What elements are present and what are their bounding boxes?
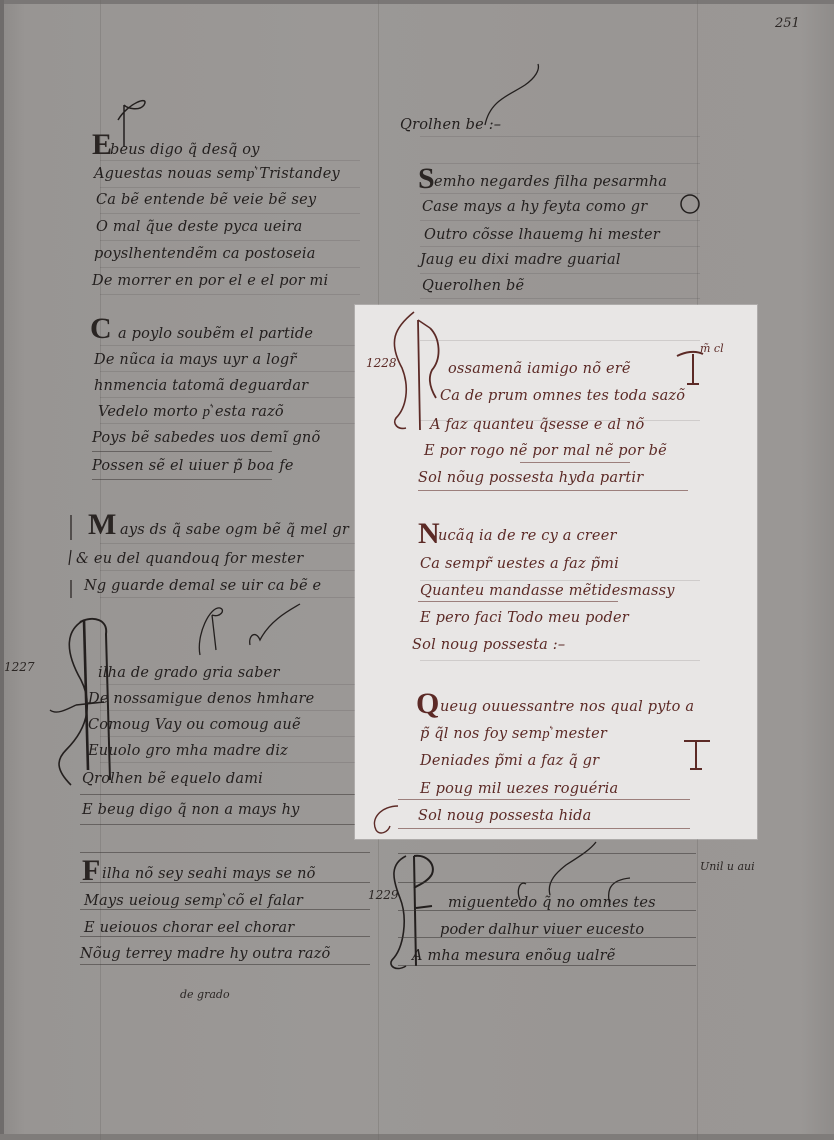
ascender-flourish-icon (190, 600, 310, 660)
verse-line: E ueiouos chorar eel chorar (84, 920, 294, 936)
ruled-line (420, 340, 700, 341)
margin-note: Unil u aui (700, 860, 755, 873)
verse-line: Qrolhen be :– (400, 117, 501, 133)
ruled-line (398, 965, 696, 966)
flourish-swash-icon (368, 802, 408, 838)
ruled-line (420, 136, 700, 137)
verse-line: ilha nõ sey seahi mays se nõ (102, 866, 316, 882)
paragraph-mark-icon (676, 190, 706, 220)
initial-letter: N (418, 519, 440, 549)
ruled-line (80, 852, 370, 853)
ruled-line (398, 882, 696, 883)
ruled-line (100, 710, 360, 711)
verse-line: a poylo soubẽm el partide (118, 326, 313, 342)
ruled-line (398, 853, 696, 854)
initial-letter: S (418, 164, 435, 194)
verse-line: Vedelo morto p͛ esta razõ (98, 404, 284, 421)
ruled-line (80, 909, 370, 910)
ruled-line (92, 451, 272, 452)
verse-line: O mal q̃ue deste pyca ueira (96, 219, 302, 235)
ruled-line (420, 220, 700, 221)
page-top-edge (0, 0, 834, 4)
verse-line: ucãq ia de re cy a creer (438, 528, 617, 544)
verse-line: Poys bẽ sabedes uos demĩ gnõ (92, 430, 320, 446)
ruled-line (80, 964, 370, 965)
verse-line: De morrer en por el e el por mi (92, 273, 328, 289)
verse-line: ossamenã iamigo nõ erẽ (448, 361, 631, 377)
ruled-line (418, 601, 618, 602)
verse-line: hnmencia tatomã deguardar (94, 378, 308, 394)
ruled-line (398, 828, 690, 829)
ruled-line (80, 794, 360, 795)
bracket-mark-icon (66, 510, 76, 600)
ruled-line (100, 240, 360, 241)
ruled-line (420, 163, 700, 164)
verse-line: A mha mesura enõug ualrẽ (412, 948, 616, 964)
ruled-line (420, 246, 700, 247)
ruled-line (398, 799, 690, 800)
ruled-line (100, 267, 360, 268)
verse-line: Ng guarde demal se uir ca bẽ e (84, 578, 321, 594)
verse-line: E por rogo nẽ por mal nẽ por bẽ (424, 443, 667, 459)
ruled-line (80, 824, 360, 825)
folio-number: 251 (775, 16, 800, 31)
ruled-line (80, 882, 370, 883)
ruled-line (418, 490, 688, 491)
ruled-line (100, 684, 360, 685)
verse-line: Sol noug possesta :– (412, 637, 565, 653)
verse-line: Jaug eu dixi madre guarial (420, 252, 621, 268)
initial-letter: E (92, 130, 112, 160)
verse-line: De nũca ia mays uyr a logr̃ (94, 352, 297, 368)
verse-line: poyslhentendẽm ca postoseia (94, 246, 316, 262)
ruled-line (100, 570, 360, 571)
verse-line: Aguestas nouas semp͛ Tristandey (94, 166, 340, 183)
verse-line: ueug ouuessantre nos qual pyto a (440, 699, 694, 715)
margin-note: m̃ cl (700, 342, 724, 355)
verse-line: ays ds q̃ sabe ogm bẽ q̃ mel gr (120, 522, 349, 538)
verse-line: Qrolhen bẽ equelo dami (82, 771, 263, 787)
verse-line: Possen sẽ el uiuer p̃ boa fe (92, 458, 294, 474)
page-bottom-edge (0, 1134, 834, 1140)
ruled-line (520, 462, 630, 463)
verse-line: Ca de prum omnes tes toda sazõ (440, 388, 685, 404)
ruled-line (398, 910, 696, 911)
verse-line: Comoug Vay ou comoug auẽ (88, 717, 301, 733)
verse-line: Case mays a hy feyta como gr (422, 199, 647, 215)
verse-line: Ca bẽ entende bẽ veie bẽ sey (96, 192, 316, 208)
initial-letter: Q (416, 689, 439, 719)
ruled-line (100, 213, 360, 214)
ruled-line (100, 762, 360, 763)
ruled-line (92, 479, 272, 480)
verse-line: Querolhen bẽ (422, 278, 524, 294)
verse-line: E pero faci Todo meu poder (420, 610, 629, 626)
ruled-line (100, 736, 360, 737)
verse-line: & eu del quandouq for mester (76, 551, 303, 567)
ruled-line (100, 397, 360, 398)
verse-line: emho negardes filha pesarmha (434, 174, 667, 190)
verse-line: A faz quanteu q̃sesse e al nõ (430, 417, 644, 433)
verse-line: miguentedo q̃ no omnes tes (448, 895, 656, 911)
catchword: de grado (180, 988, 230, 1001)
verse-line: beus digo q̃ desq̃ oy (110, 142, 260, 158)
ruled-line (420, 660, 700, 661)
verse-line: Deniades p̃mi a faz q̃ gr (420, 753, 599, 769)
margin-number: 1227 (4, 660, 35, 674)
verse-line: E beug digo q̃ non a mays hy (82, 802, 300, 818)
page-left-edge (0, 0, 4, 1140)
verse-line: p̃ q̃l nos foy semp͛ mester (420, 726, 607, 743)
ruled-line (100, 345, 360, 346)
verse-line: Sol nõug possesta hyda partir (418, 470, 643, 486)
ruled-line (100, 371, 360, 372)
verse-line: poder dalhur viuer eucesto (440, 922, 644, 938)
verse-line: ilha de grado gria saber (98, 665, 280, 681)
ruled-line (100, 187, 360, 188)
ruled-line (100, 423, 360, 424)
verse-line: E poug mil uezes roguéria (420, 781, 618, 797)
ruled-line (100, 160, 360, 161)
verse-line: Euuolo gro mha madre diz (88, 743, 288, 759)
verse-line: Sol noug possesta hida (418, 808, 592, 824)
verse-line: Nõug terrey madre hy outra razõ (80, 946, 330, 962)
ruled-line (420, 193, 700, 194)
ruled-line (100, 543, 360, 544)
ruled-line (420, 298, 700, 299)
verse-line: Mays ueioug semp͛ cõ el falar (84, 893, 303, 910)
ruled-line (420, 580, 700, 581)
ruled-line (80, 936, 370, 937)
ruled-line (100, 597, 360, 598)
verse-line: Outro cõsse lhauemg hi mester (424, 227, 660, 243)
margin-correction-mark-icon (680, 735, 720, 775)
ruled-line (100, 294, 360, 295)
ruled-line (398, 937, 696, 938)
verse-line: De nossamigue denos hmhare (88, 691, 314, 707)
ruled-line (420, 273, 700, 274)
initial-letter: M (88, 510, 116, 540)
initial-letter: C (90, 314, 112, 344)
verse-line: Ca sempr̃ uestes a faz p̃mi (420, 556, 619, 572)
verse-line: Quanteu mandasse mẽtidesmassy (420, 583, 675, 599)
